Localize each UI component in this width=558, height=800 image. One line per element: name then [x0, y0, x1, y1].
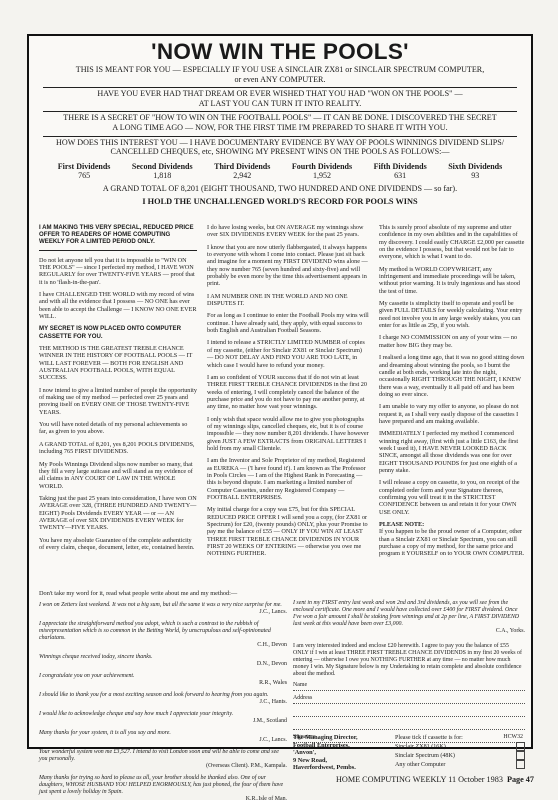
band-line: CANCELLED CHEQUES, etc, SHOWING MY PRESE… — [39, 147, 521, 157]
band-line: HAVE YOU EVER HAD THAT DREAM OR EVER WIS… — [39, 89, 521, 99]
column-1: I AM MAKING THIS VERY SPECIAL, REDUCED P… — [39, 224, 197, 556]
dividend-sixth: Sixth Dividends93 — [448, 162, 502, 181]
testimonial-intro: Don't take my word for it, read what peo… — [39, 590, 287, 597]
intro-band-2: HAVE YOU EVER HAD THAT DREAM OR EVER WIS… — [29, 88, 531, 110]
address-field[interactable]: Address — [293, 691, 525, 704]
band-line: HOW DOES THIS INTEREST YOU — I HAVE DOCU… — [39, 138, 521, 148]
paragraph: I do have losing weeks, but ON AVERAGE m… — [207, 224, 369, 239]
band-line: THIS IS MEANT FOR YOU — ESPECIALLY IF YO… — [39, 65, 521, 75]
paragraph: IMMEDIATELY I perfected my method I comm… — [379, 430, 525, 474]
testimonial: I congratulate you on your achievement.R… — [39, 673, 287, 687]
note-title: PLEASE NOTE: — [379, 521, 525, 528]
testimonial: Many thanks for trying so hard to please… — [39, 775, 287, 800]
paragraph: If you happen to be the proud owner of a… — [379, 528, 525, 557]
testimonial: I should like to thank you for a most ex… — [39, 692, 287, 706]
order-section: I sent in my FIRST entry last week and w… — [293, 600, 525, 743]
testimonial: I appreciate the straightforward method … — [39, 621, 287, 649]
secret-heading: MY SECRET IS NOW PLACED ONTO COMPUTER CA… — [39, 325, 197, 340]
paragraph: My Pools Winnings Dividend slips now num… — [39, 461, 197, 490]
paragraph: I am the Inventor and Sole Proprietor of… — [207, 457, 369, 501]
dividend-table: First Dividends765 Second Dividends1,818… — [29, 159, 531, 181]
paragraph: My initial charge for a copy was £75, bu… — [207, 506, 369, 557]
paragraph: I am unable to vary my offer to anyone, … — [379, 403, 525, 425]
paragraph: I AM NUMBER ONE IN THE WORLD AND NO ONE … — [207, 293, 369, 308]
order-undertaking: I am very interested indeed and enclose … — [293, 643, 525, 678]
paragraph: I know that you are now utterly flabberg… — [207, 244, 369, 288]
body-columns: I AM MAKING THIS VERY SPECIAL, REDUCED P… — [39, 224, 525, 524]
testimonial: I won on Zetters last weekend. It was no… — [39, 602, 287, 616]
paragraph: I intend to release a STRICTLY LIMITED N… — [207, 339, 369, 368]
page-footer: HOME COMPUTING WEEKLY 11 October 1983Pag… — [336, 775, 534, 784]
special-offer: I AM MAKING THIS VERY SPECIAL, REDUCED P… — [39, 224, 197, 251]
tick-title: Please tick if cassette is for: — [395, 734, 525, 742]
paragraph: I will release a copy on cassette, to yo… — [379, 479, 525, 516]
name-field[interactable]: Name — [293, 678, 525, 691]
band-line: A LONG TIME AGO — NOW, FOR THE FIRST TIM… — [39, 123, 521, 133]
dividend-second: Second Dividends1,818 — [132, 162, 193, 181]
option-spectrum[interactable]: Sinclair Spectrum (48K) — [395, 751, 525, 760]
dividend-fourth: Fourth Dividends1,952 — [292, 162, 352, 181]
paragraph: Taking just the past 25 years into consi… — [39, 495, 197, 532]
paragraph: You have my absolute Guarantee of the co… — [39, 537, 197, 552]
column-3: This is surely proof absolute of my supr… — [379, 224, 525, 563]
paragraph: My method is WORLD COPYWRIGHT, any infri… — [379, 266, 525, 295]
testimonial-quote: I sent in my FIRST entry last week and w… — [293, 600, 525, 628]
paragraph: THE METHOD IS THE GREATEST TREBLE CHANCE… — [39, 345, 197, 382]
paragraph: I am so confident of YOUR success that i… — [207, 374, 369, 411]
testimonial-author: C.A., Yorks. — [293, 628, 525, 635]
record-claim: I HOLD THE UNCHALLENGED WORLD'S RECORD F… — [29, 197, 531, 206]
intro-band-1: THIS IS MEANT FOR YOU — ESPECIALLY IF YO… — [29, 64, 531, 86]
paragraph: A GRAND TOTAL of 8,201, yes 8,201 POOLS … — [39, 441, 197, 456]
paragraph: I have CHALLENGED THE WORLD with my reco… — [39, 291, 197, 320]
address-line-3[interactable] — [293, 717, 525, 730]
checkbox[interactable] — [516, 742, 525, 751]
grand-total: A GRAND TOTAL OF 8,201 (EIGHT THOUSAND, … — [29, 184, 531, 193]
testimonial: I would like to acknowledge cheque and s… — [39, 711, 287, 725]
checkbox[interactable] — [516, 760, 525, 769]
checkbox[interactable] — [516, 751, 525, 760]
paragraph: For as long as I continue to enter the F… — [207, 312, 369, 334]
postal-address: The Managing Director, Football Enterpri… — [293, 734, 358, 772]
paragraph: I only wish that space would allow me to… — [207, 416, 369, 453]
paragraph: I charge NO COMMISSION on any of your wi… — [379, 334, 525, 349]
testimonial: Many thanks for your system, it is all y… — [39, 730, 287, 744]
column-2: I do have losing weeks, but ON AVERAGE m… — [207, 224, 369, 563]
option-other[interactable]: Any other Computer — [395, 760, 525, 769]
intro-band-4: HOW DOES THIS INTEREST YOU — I HAVE DOCU… — [29, 137, 531, 159]
headline: 'NOW WIN THE POOLS' — [29, 40, 531, 64]
paragraph: Do not let anyone tell you that it is im… — [39, 257, 197, 286]
publication: HOME COMPUTING WEEKLY 11 October 1983 — [336, 775, 503, 784]
intro-band-3: THERE IS A SECRET OF "HOW TO WIN ON THE … — [29, 112, 531, 134]
dividend-fifth: Fifth Dividends631 — [374, 162, 427, 181]
testimonial: Your wonderful system won me £3,527. I i… — [39, 749, 287, 770]
cassette-options: Please tick if cassette is for: Sinclair… — [395, 734, 525, 769]
paragraph: You will have noted details of my person… — [39, 421, 197, 436]
dividend-third: Third Dividends2,942 — [214, 162, 270, 181]
page-number: Page 47 — [507, 775, 534, 784]
dividend-first: First Dividends765 — [58, 162, 111, 181]
paragraph: This is surely proof absolute of my supr… — [379, 224, 525, 261]
testimonial: Winnings cheque received today, sincere … — [39, 654, 287, 668]
paragraph: My cassette is simplicity itself to oper… — [379, 300, 525, 329]
paragraph: I realised a long time ago, that it was … — [379, 354, 525, 398]
band-line: AT LAST YOU CAN TURN IT INTO REALITY. — [39, 99, 521, 109]
testimonials: Don't take my word for it, read what peo… — [39, 590, 287, 800]
band-line: or even ANY COMPUTER. — [39, 75, 521, 85]
paragraph: I now intend to give a limited number of… — [39, 387, 197, 416]
address-line-2[interactable] — [293, 704, 525, 717]
advertisement-frame: 'NOW WIN THE POOLS' THIS IS MEANT FOR YO… — [27, 34, 533, 749]
band-line: THERE IS A SECRET OF "HOW TO WIN ON THE … — [39, 113, 521, 123]
option-zx81[interactable]: Sinclair ZX81 (16K) — [395, 742, 525, 751]
